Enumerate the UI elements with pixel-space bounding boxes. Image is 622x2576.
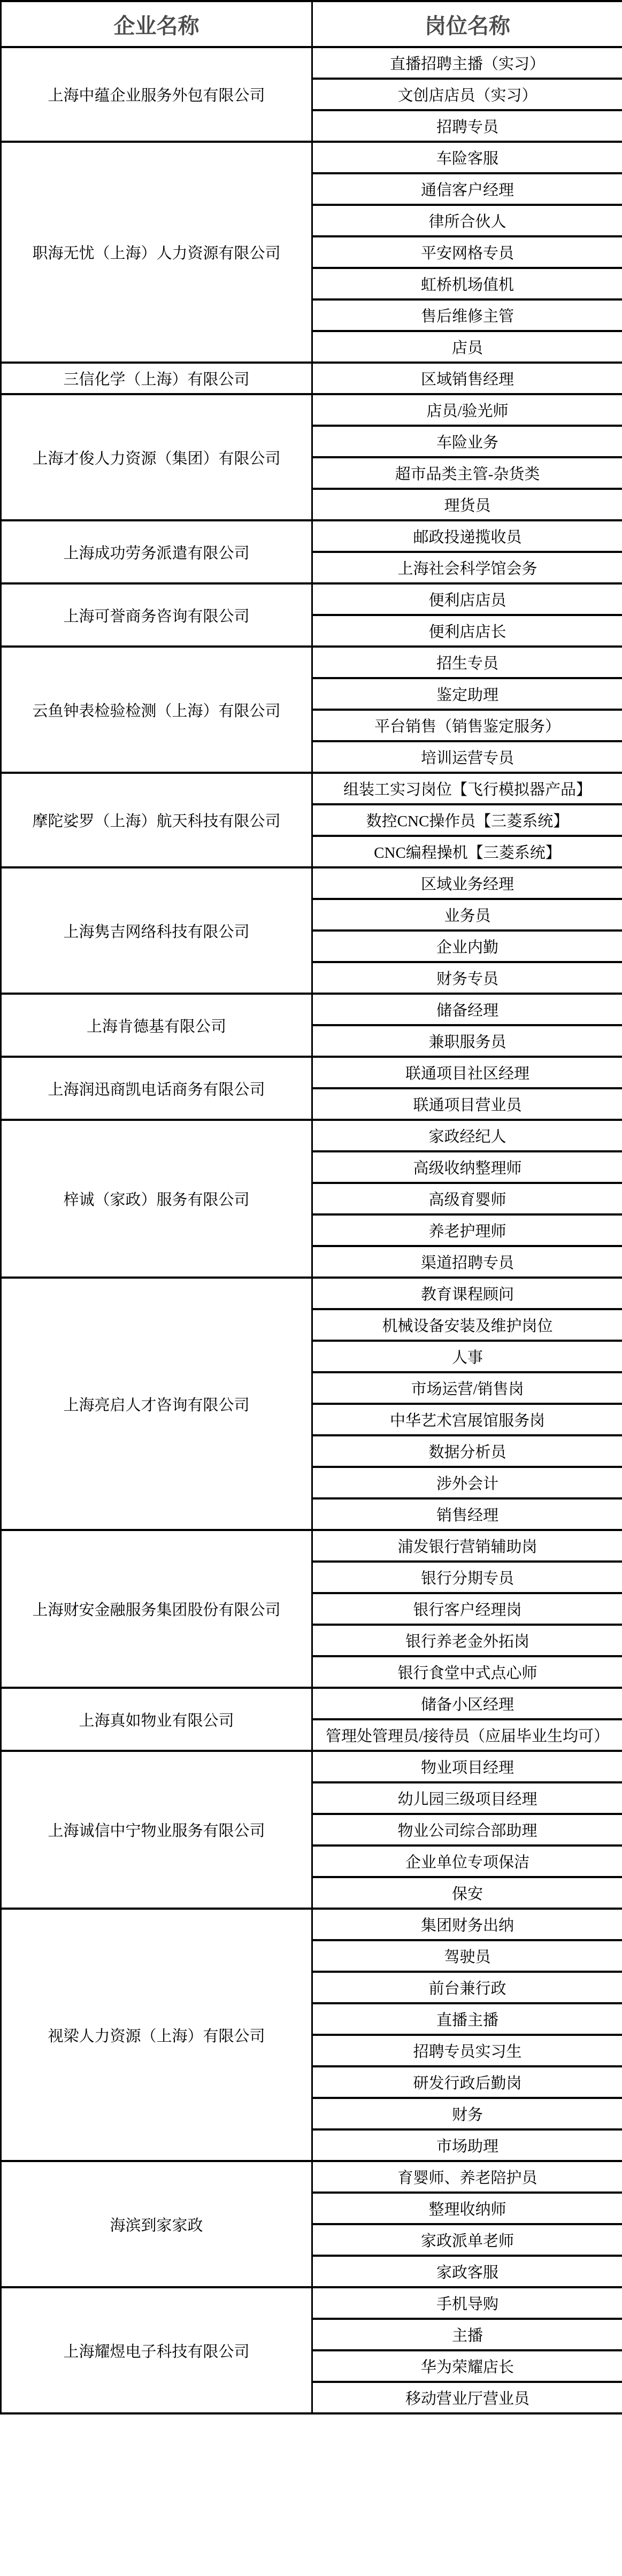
position-cell: 人事 — [312, 1341, 622, 1372]
position-cell: 培训运营专员 — [312, 741, 622, 773]
position-cell: 上海社会科学馆会务 — [312, 552, 622, 583]
position-cell: 直播主播 — [312, 2003, 622, 2035]
company-column-header: 企业名称 — [1, 1, 312, 47]
position-cell: 鉴定助理 — [312, 678, 622, 710]
position-cell: 区域销售经理 — [312, 363, 622, 394]
table-row: 上海耀煜电子科技有限公司手机导购 — [1, 2287, 622, 2319]
position-cell: 前台兼行政 — [312, 1972, 622, 2003]
position-cell: 涉外会计 — [312, 1467, 622, 1498]
position-cell: 储备小区经理 — [312, 1688, 622, 1719]
position-cell: 机械设备安装及维护岗位 — [312, 1309, 622, 1341]
position-cell: 联通项目社区经理 — [312, 1057, 622, 1088]
table-row: 上海肯德基有限公司储备经理 — [1, 994, 622, 1025]
position-cell: 售后维修主管 — [312, 299, 622, 331]
position-cell: 集团财务出纳 — [312, 1909, 622, 1940]
position-cell: 中华艺术宫展馆服务岗 — [312, 1404, 622, 1435]
position-cell: 教育课程顾问 — [312, 1278, 622, 1309]
position-cell: 华为荣耀店长 — [312, 2350, 622, 2382]
table-row: 上海隽吉网络科技有限公司区域业务经理 — [1, 867, 622, 899]
position-cell: 物业项目经理 — [312, 1751, 622, 1782]
position-cell: 车险客服 — [312, 142, 622, 173]
position-cell: 数据分析员 — [312, 1435, 622, 1467]
position-cell: 企业内勤 — [312, 931, 622, 962]
company-cell: 上海中蕴企业服务外包有限公司 — [1, 47, 312, 142]
position-cell: 便利店店员 — [312, 583, 622, 615]
table-row: 海滨到家家政育婴师、养老陪护员 — [1, 2161, 622, 2193]
company-cell: 三信化学（上海）有限公司 — [1, 363, 312, 394]
position-cell: 手机导购 — [312, 2287, 622, 2319]
position-cell: 数控CNC操作员【三菱系统】 — [312, 804, 622, 836]
position-cell: 财务 — [312, 2098, 622, 2129]
position-cell: 邮政投递揽收员 — [312, 520, 622, 552]
position-cell: 企业单位专项保洁 — [312, 1846, 622, 1877]
position-cell: 文创店店员（实习） — [312, 79, 622, 110]
position-cell: 业务员 — [312, 899, 622, 931]
table-header: 企业名称 岗位名称 — [1, 1, 622, 47]
position-cell: 联通项目营业员 — [312, 1088, 622, 1120]
company-cell: 摩陀娑罗（上海）航天科技有限公司 — [1, 773, 312, 867]
company-cell: 海滨到家家政 — [1, 2161, 312, 2287]
table-row: 上海诚信中宁物业服务有限公司物业项目经理 — [1, 1751, 622, 1782]
position-cell: 储备经理 — [312, 994, 622, 1025]
position-cell: 整理收纳师 — [312, 2193, 622, 2224]
company-cell: 梓诚（家政）服务有限公司 — [1, 1120, 312, 1278]
company-cell: 云鱼钟表检验检测（上海）有限公司 — [1, 647, 312, 773]
position-cell: 财务专员 — [312, 962, 622, 994]
company-cell: 上海才俊人力资源（集团）有限公司 — [1, 394, 312, 520]
table-row: 上海真如物业有限公司储备小区经理 — [1, 1688, 622, 1719]
position-cell: 银行养老金外拓岗 — [312, 1625, 622, 1656]
header-row: 企业名称 岗位名称 — [1, 1, 622, 47]
position-cell: 主播 — [312, 2319, 622, 2350]
position-cell: 家政派单老师 — [312, 2224, 622, 2256]
company-cell: 上海亮启人才咨询有限公司 — [1, 1278, 312, 1530]
table-row: 上海才俊人力资源（集团）有限公司店员/验光师 — [1, 394, 622, 426]
position-cell: 银行分期专员 — [312, 1562, 622, 1593]
position-cell: 律所合伙人 — [312, 205, 622, 236]
position-cell: 浦发银行营销辅助岗 — [312, 1530, 622, 1562]
company-cell: 上海可誉商务咨询有限公司 — [1, 583, 312, 647]
position-cell: 平台销售（销售鉴定服务） — [312, 710, 622, 741]
position-cell: 通信客户经理 — [312, 173, 622, 205]
position-cell: 店员 — [312, 331, 622, 363]
position-cell: 银行客户经理岗 — [312, 1593, 622, 1625]
position-cell: 兼职服务员 — [312, 1025, 622, 1057]
table-row: 视梁人力资源（上海）有限公司集团财务出纳 — [1, 1909, 622, 1940]
position-cell: 便利店店长 — [312, 615, 622, 647]
position-cell: 组装工实习岗位【飞行模拟器产品】 — [312, 773, 622, 804]
position-cell: 研发行政后勤岗 — [312, 2066, 622, 2098]
table-row: 三信化学（上海）有限公司区域销售经理 — [1, 363, 622, 394]
table-row: 云鱼钟表检验检测（上海）有限公司招生专员 — [1, 647, 622, 678]
position-cell: 区域业务经理 — [312, 867, 622, 899]
position-cell: 超市品类主管-杂货类 — [312, 457, 622, 489]
table-row: 上海中蕴企业服务外包有限公司直播招聘主播（实习） — [1, 47, 622, 79]
company-cell: 上海财安金融服务集团股份有限公司 — [1, 1530, 312, 1688]
position-cell: 直播招聘主播（实习） — [312, 47, 622, 79]
table-row: 上海润迅商凯电话商务有限公司联通项目社区经理 — [1, 1057, 622, 1088]
position-cell: 理货员 — [312, 489, 622, 520]
position-cell: 招生专员 — [312, 647, 622, 678]
company-cell: 上海诚信中宁物业服务有限公司 — [1, 1751, 312, 1909]
position-cell: 高级育婴师 — [312, 1183, 622, 1214]
company-cell: 上海肯德基有限公司 — [1, 994, 312, 1057]
table-row: 上海可誉商务咨询有限公司便利店店员 — [1, 583, 622, 615]
position-cell: 平安网格专员 — [312, 236, 622, 268]
position-cell: 银行食堂中式点心师 — [312, 1656, 622, 1688]
position-cell: 保安 — [312, 1877, 622, 1909]
position-cell: 市场运营/销售岗 — [312, 1372, 622, 1404]
position-cell: 驾驶员 — [312, 1940, 622, 1972]
job-listing-table: 企业名称 岗位名称 上海中蕴企业服务外包有限公司直播招聘主播（实习）文创店店员（… — [0, 0, 622, 2414]
table-row: 梓诚（家政）服务有限公司家政经纪人 — [1, 1120, 622, 1151]
company-cell: 职海无忧（上海）人力资源有限公司 — [1, 142, 312, 363]
position-cell: 渠道招聘专员 — [312, 1246, 622, 1278]
table-row: 摩陀娑罗（上海）航天科技有限公司组装工实习岗位【飞行模拟器产品】 — [1, 773, 622, 804]
company-cell: 上海耀煜电子科技有限公司 — [1, 2287, 312, 2413]
position-cell: 车险业务 — [312, 426, 622, 457]
position-cell: 招聘专员实习生 — [312, 2035, 622, 2066]
position-cell: 市场助理 — [312, 2129, 622, 2161]
position-cell: 高级收纳整理师 — [312, 1151, 622, 1183]
position-cell: 家政经纪人 — [312, 1120, 622, 1151]
position-cell: CNC编程操机【三菱系统】 — [312, 836, 622, 867]
position-cell: 销售经理 — [312, 1498, 622, 1530]
company-cell: 上海润迅商凯电话商务有限公司 — [1, 1057, 312, 1120]
position-cell: 幼儿园三级项目经理 — [312, 1782, 622, 1814]
position-cell: 虹桥机场值机 — [312, 268, 622, 299]
company-cell: 视梁人力资源（上海）有限公司 — [1, 1909, 312, 2161]
position-cell: 移动营业厅营业员 — [312, 2382, 622, 2413]
company-cell: 上海隽吉网络科技有限公司 — [1, 867, 312, 994]
company-cell: 上海成功劳务派遣有限公司 — [1, 520, 312, 583]
table-row: 上海成功劳务派遣有限公司邮政投递揽收员 — [1, 520, 622, 552]
position-cell: 管理处管理员/接待员（应届毕业生均可） — [312, 1719, 622, 1751]
position-cell: 育婴师、养老陪护员 — [312, 2161, 622, 2193]
position-column-header: 岗位名称 — [312, 1, 622, 47]
table-row: 上海亮启人才咨询有限公司教育课程顾问 — [1, 1278, 622, 1309]
job-table-body: 上海中蕴企业服务外包有限公司直播招聘主播（实习）文创店店员（实习）招聘专员职海无… — [1, 47, 622, 2413]
position-cell: 店员/验光师 — [312, 394, 622, 426]
position-cell: 家政客服 — [312, 2256, 622, 2287]
position-cell: 养老护理师 — [312, 1214, 622, 1246]
table-row: 上海财安金融服务集团股份有限公司浦发银行营销辅助岗 — [1, 1530, 622, 1562]
table-row: 职海无忧（上海）人力资源有限公司车险客服 — [1, 142, 622, 173]
position-cell: 招聘专员 — [312, 110, 622, 142]
company-cell: 上海真如物业有限公司 — [1, 1688, 312, 1751]
position-cell: 物业公司综合部助理 — [312, 1814, 622, 1846]
